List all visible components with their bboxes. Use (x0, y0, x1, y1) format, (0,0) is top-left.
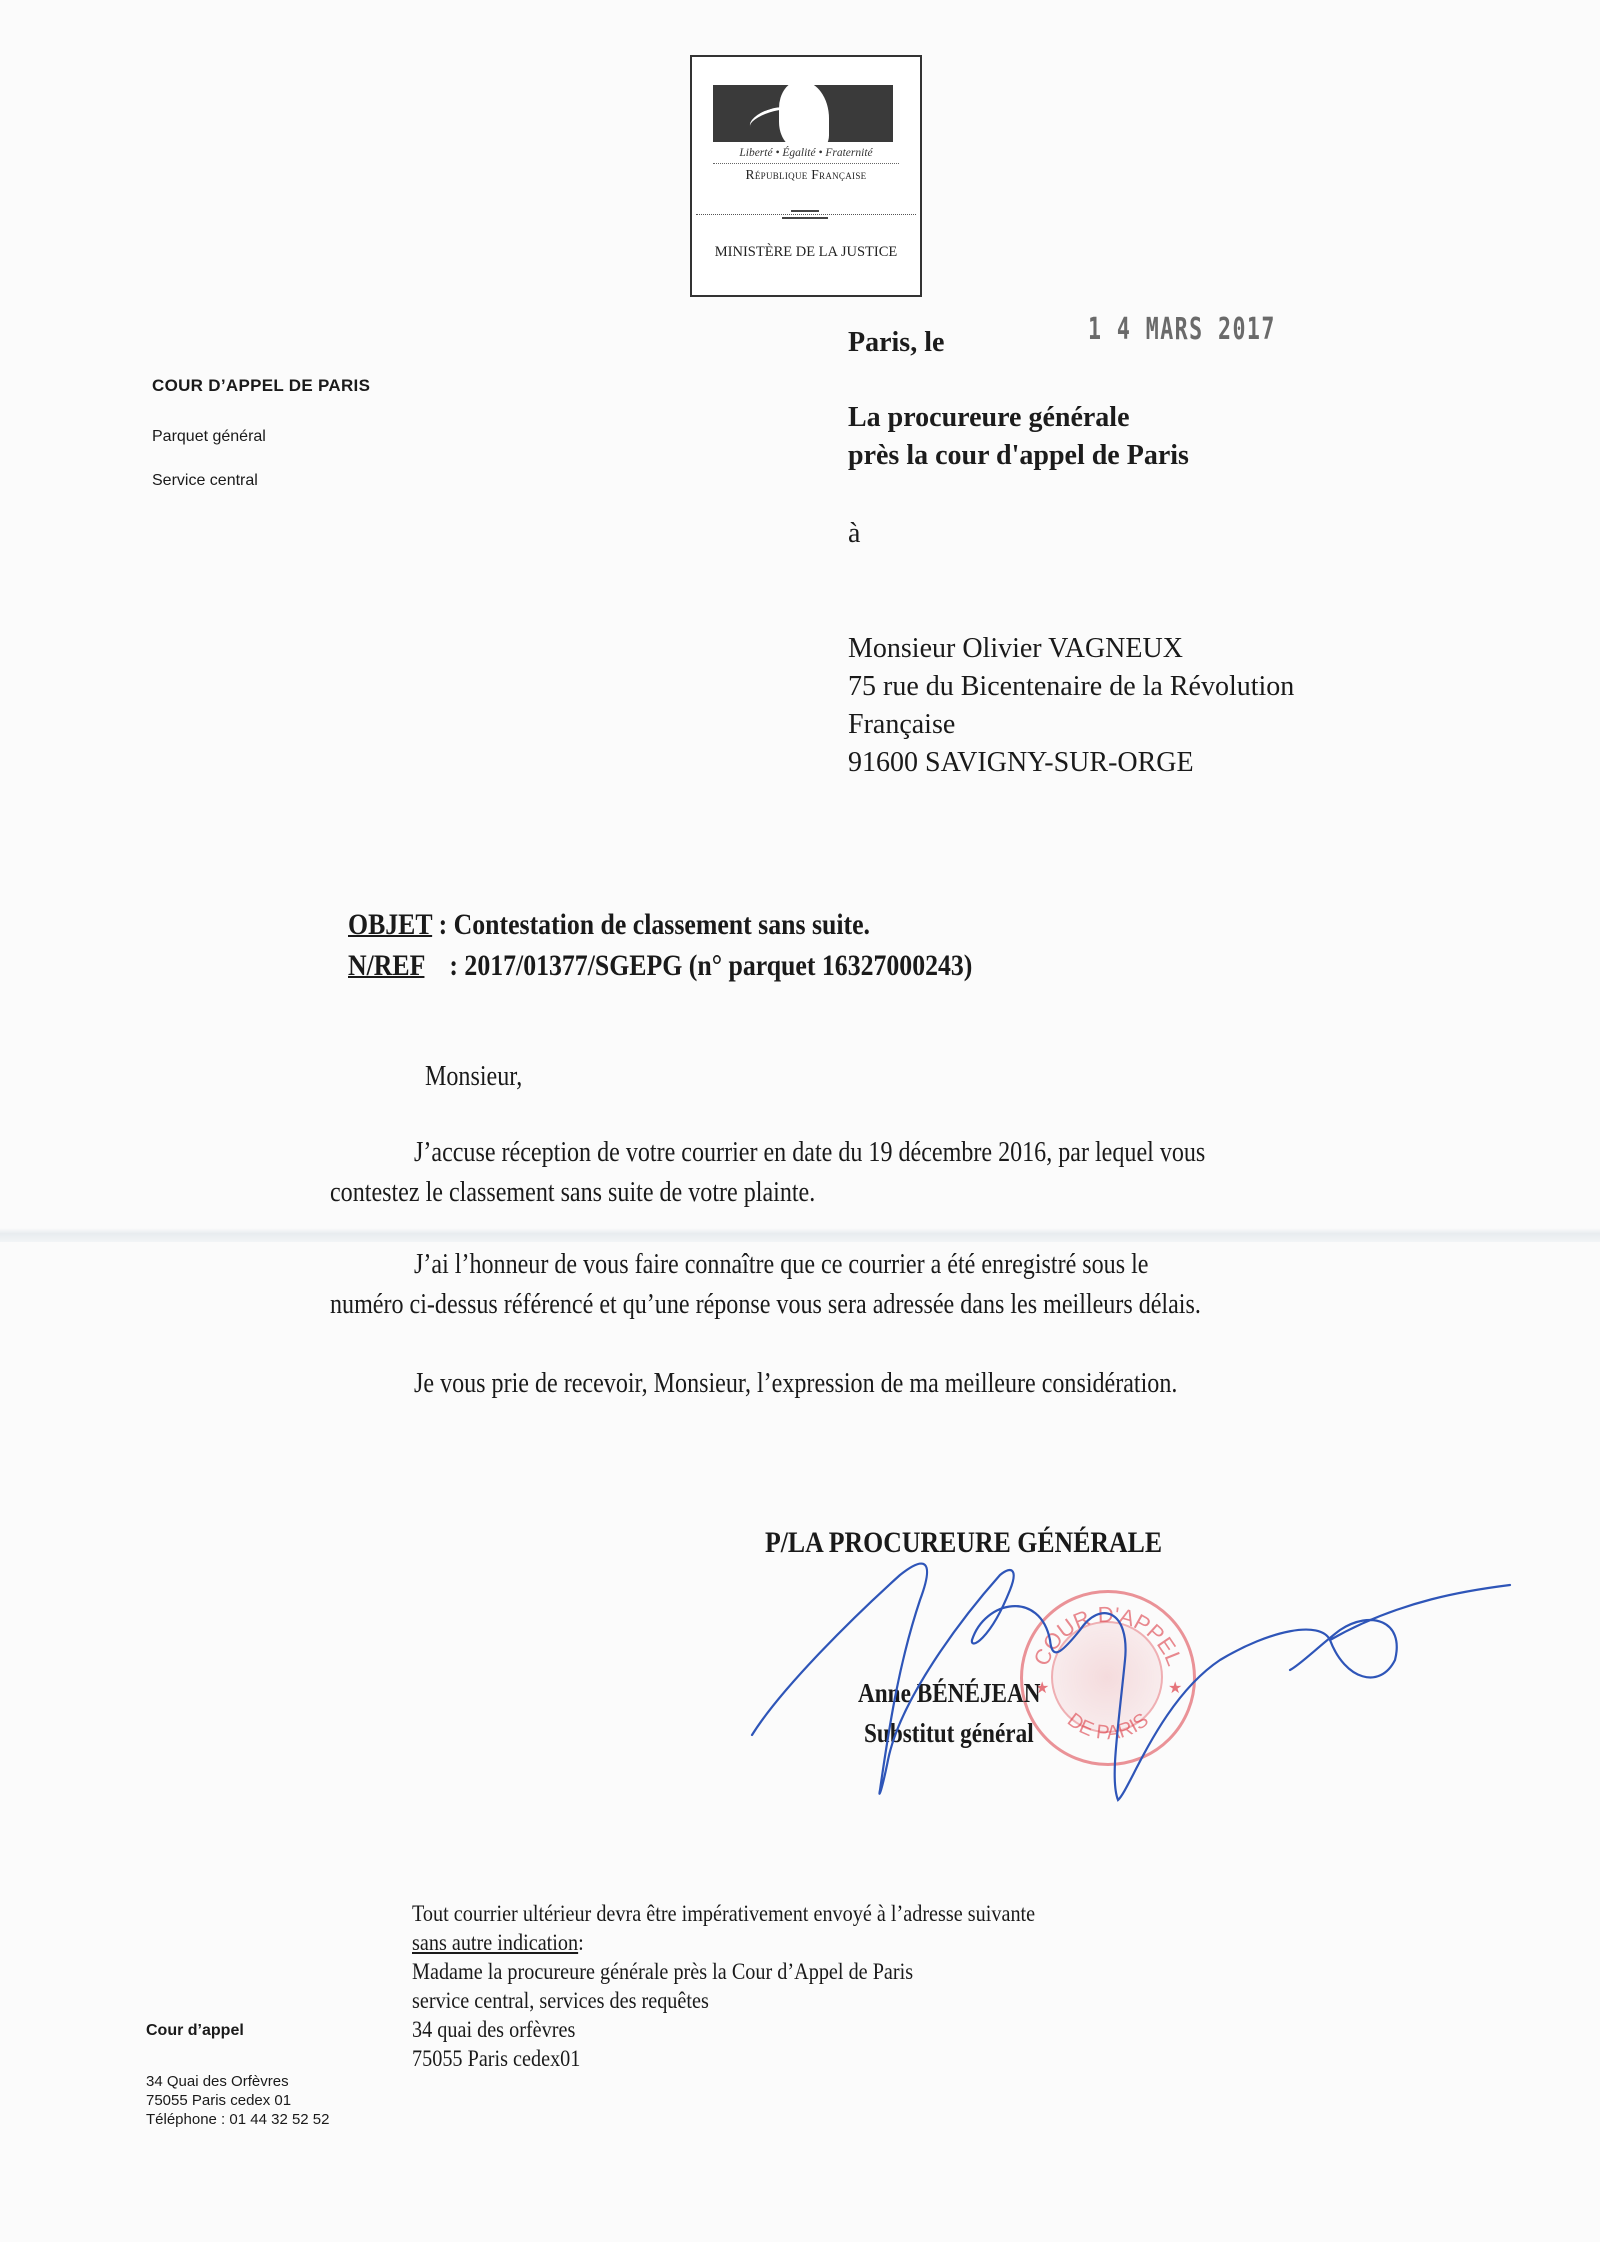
recipient-address: Monsieur Olivier VAGNEUX 75 rue du Bicen… (848, 630, 1294, 782)
closing-formula: Je vous prie de recevoir, Monsieur, l’ex… (414, 1367, 1177, 1400)
svg-text:★: ★ (1168, 1680, 1182, 1697)
footer-address-1: 34 Quai des Orfèvres (146, 2072, 330, 2091)
footer-contact: 34 Quai des Orfèvres 75055 Paris cedex 0… (146, 2072, 330, 2129)
recipient-street: 75 rue du Bicentenaire de la Révolution (848, 668, 1294, 706)
paragraph-1-line-1: J’accuse réception de votre courrier en … (414, 1136, 1205, 1169)
notice-line-2: sans autre indication: (412, 1929, 1035, 1958)
author-line-2: près la cour d'appel de Paris (848, 440, 1189, 472)
objet-value: : Contestation de classement sans suite. (439, 908, 870, 941)
notice-line-4: service central, services des requêtes (412, 1987, 1035, 2016)
ministry-name: MINISTÈRE DE LA JUSTICE (692, 244, 920, 261)
salutation: Monsieur, (425, 1060, 522, 1093)
paragraph-2-line-1: J’ai l’honneur de vous faire connaître q… (414, 1248, 1148, 1281)
paragraph-2-line-2: numéro ci-dessus référencé et qu’une rép… (330, 1288, 1201, 1321)
marianne-emblem-icon (713, 85, 893, 142)
seal-text-bottom: DE PARIS (1063, 1709, 1153, 1744)
svg-text:DE PARIS: DE PARIS (1063, 1709, 1153, 1744)
place-label: Paris, le (848, 327, 944, 359)
paper-fold (0, 1228, 1600, 1242)
date-stamp: 1 4 MARS 2017 (1088, 312, 1276, 347)
recipient-city: 91600 SAVIGNY-SUR-ORGE (848, 744, 1294, 782)
sender-service: Service central (152, 472, 258, 490)
objet-label: OBJET (348, 908, 432, 941)
footer-address-2: 75055 Paris cedex 01 (146, 2091, 330, 2110)
ministry-logo: Liberté • Égalité • Fraternité Républiqu… (690, 55, 922, 297)
recipient-name: Monsieur Olivier VAGNEUX (848, 630, 1294, 668)
ref-label: N/REF (348, 949, 424, 982)
sender-court: COUR D’APPEL DE PARIS (152, 376, 370, 396)
signatory-role: Substitut général (864, 1718, 1034, 1749)
seal-text-top: COUR D'APPEL (1029, 1602, 1188, 1669)
footer-phone: Téléphone : 01 44 32 52 52 (146, 2110, 330, 2129)
republic-name: République Française (692, 167, 920, 183)
notice-line-5: 34 quai des orfèvres (412, 2016, 1035, 2045)
author-line-1: La procureure générale (848, 402, 1130, 434)
recipient-street-cont: Française (848, 706, 1294, 744)
reference-line: N/REF : 2017/01377/SGEPG (n° parquet 163… (348, 949, 972, 983)
paragraph-1-line-2: contestez le classement sans suite de vo… (330, 1176, 815, 1209)
sender-department: Parquet général (152, 428, 266, 446)
to-label: à (848, 518, 860, 550)
svg-text:COUR D'APPEL: COUR D'APPEL (1029, 1602, 1188, 1669)
ref-value: : 2017/01377/SGEPG (n° parquet 163270002… (449, 949, 972, 982)
notice-line-6: 75055 Paris cedex01 (412, 2045, 1035, 2074)
court-seal-icon: COUR D'APPEL DE PARIS ★ ★ (1020, 1590, 1196, 1766)
republic-motto: Liberté • Égalité • Fraternité (692, 147, 920, 159)
forwarding-notice: Tout courrier ultérieur devra être impér… (412, 1900, 1035, 2074)
notice-line-3: Madame la procureure générale près la Co… (412, 1958, 1035, 1987)
subject-line: OBJET : Contestation de classement sans … (348, 908, 870, 942)
signatory-name: Anne BÉNÉJEAN (858, 1678, 1041, 1709)
signature-on-behalf: P/LA PROCUREURE GÉNÉRALE (765, 1526, 1162, 1560)
footer-title: Cour d’appel (146, 2022, 244, 2040)
notice-line-1: Tout courrier ultérieur devra être impér… (412, 1900, 1035, 1929)
